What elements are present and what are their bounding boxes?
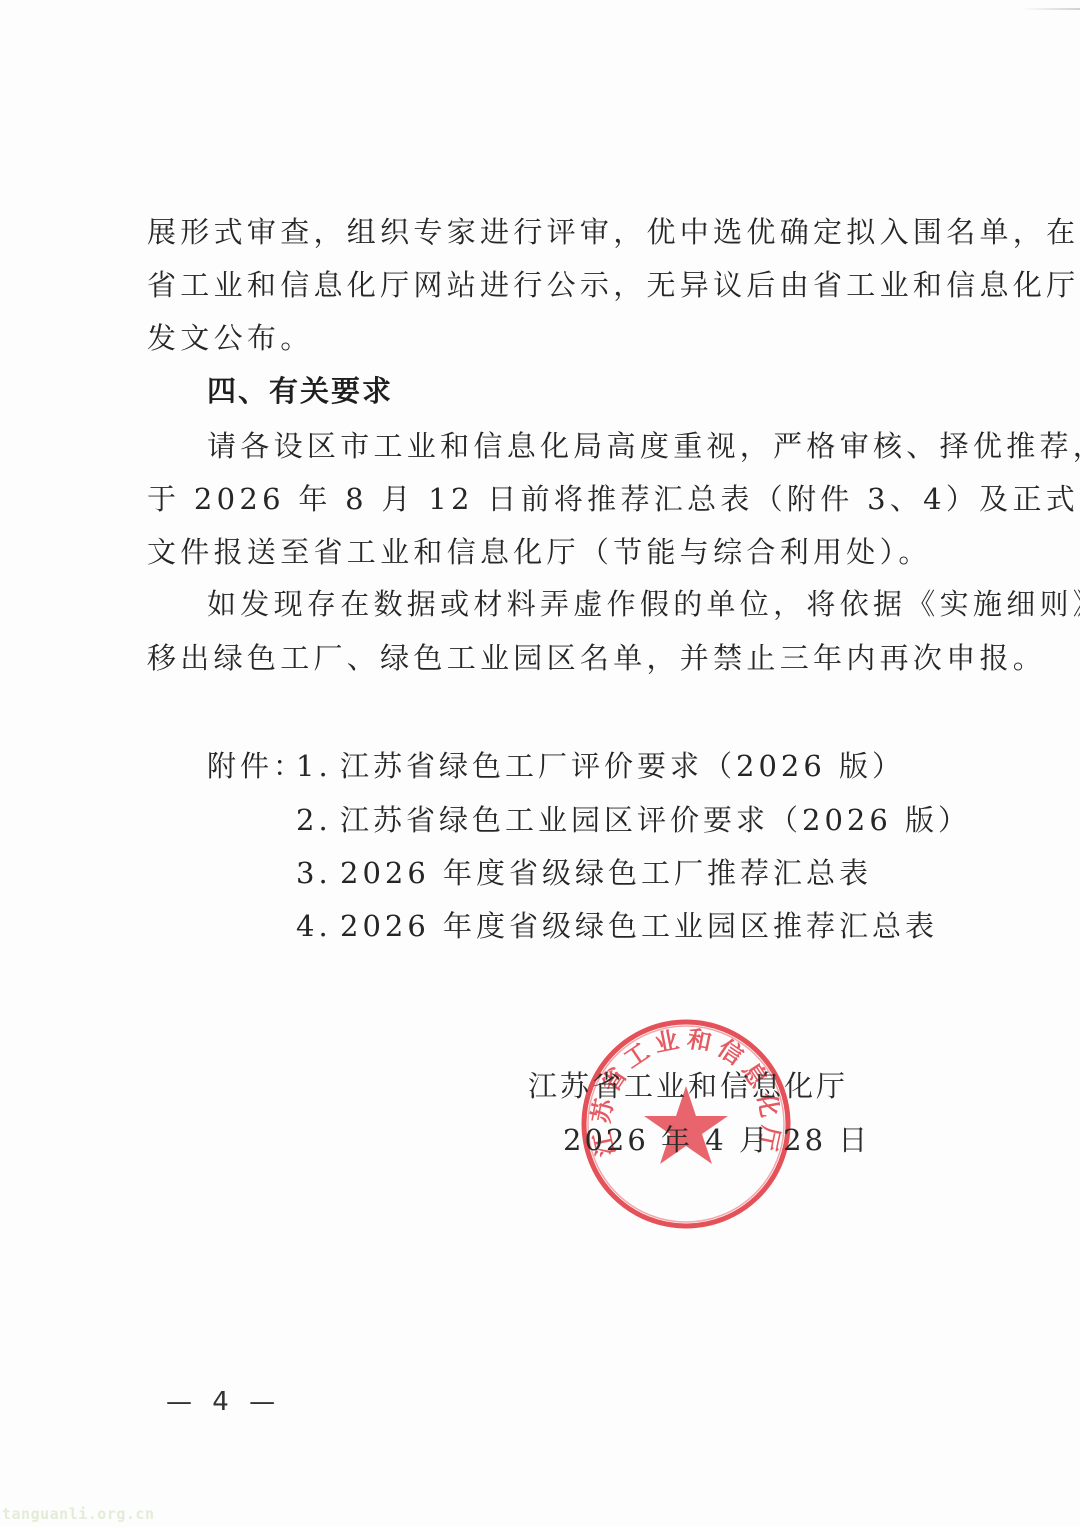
attachment-number: 2.: [296, 800, 340, 840]
attachment-title: 2026 年度省级绿色工业园区推荐汇总表: [340, 909, 938, 943]
attachments-label: 附件：: [207, 746, 306, 786]
page-number: — 4 —: [166, 1384, 281, 1420]
body-line: 移出绿色工厂、绿色工业园区名单，并禁止三年内再次申报。: [147, 638, 947, 678]
issue-date: 2026 年 4 月 28 日: [563, 1120, 870, 1160]
attachment-number: 4.: [296, 906, 340, 946]
page-edge-shadow: [1020, 8, 1080, 10]
document-page: 展形式审查，组织专家进行评审，优中选优确定拟入围名单，在 省工业和信息化厅网站进…: [0, 0, 1080, 1527]
attachment-item: 3.2026 年度省级绿色工厂推荐汇总表: [296, 853, 872, 893]
body-line: 于 2026 年 8 月 12 日前将推荐汇总表（附件 3、4）及正式推荐: [147, 479, 947, 519]
body-line: 展形式审查，组织专家进行评审，优中选优确定拟入围名单，在: [147, 212, 947, 252]
body-line: 发文公布。: [147, 318, 947, 358]
attachment-title: 江苏省绿色工厂评价要求（2026 版）: [340, 749, 905, 783]
attachment-title: 2026 年度省级绿色工厂推荐汇总表: [340, 856, 872, 890]
attachment-title: 江苏省绿色工业园区评价要求（2026 版）: [340, 803, 971, 837]
attachment-item: 1.江苏省绿色工厂评价要求（2026 版）: [296, 746, 905, 786]
body-line: 省工业和信息化厅网站进行公示，无异议后由省工业和信息化厅: [147, 265, 947, 305]
body-line: 文件报送至省工业和信息化厅（节能与综合利用处）。: [147, 532, 947, 572]
body-line: 请各设区市工业和信息化局高度重视，严格审核、择优推荐，: [207, 426, 947, 466]
body-line: 如发现存在数据或材料弄虚作假的单位，将依据《实施细则》: [207, 584, 947, 624]
attachment-number: 3.: [296, 853, 340, 893]
issuer-signature: 江苏省工业和信息化厅: [528, 1066, 848, 1106]
attachment-item: 2.江苏省绿色工业园区评价要求（2026 版）: [296, 800, 971, 840]
watermark: tanguanli.org.cn: [2, 1505, 155, 1523]
attachment-item: 4.2026 年度省级绿色工业园区推荐汇总表: [296, 906, 938, 946]
attachment-number: 1.: [296, 746, 340, 786]
section-heading: 四、有关要求: [207, 371, 947, 411]
